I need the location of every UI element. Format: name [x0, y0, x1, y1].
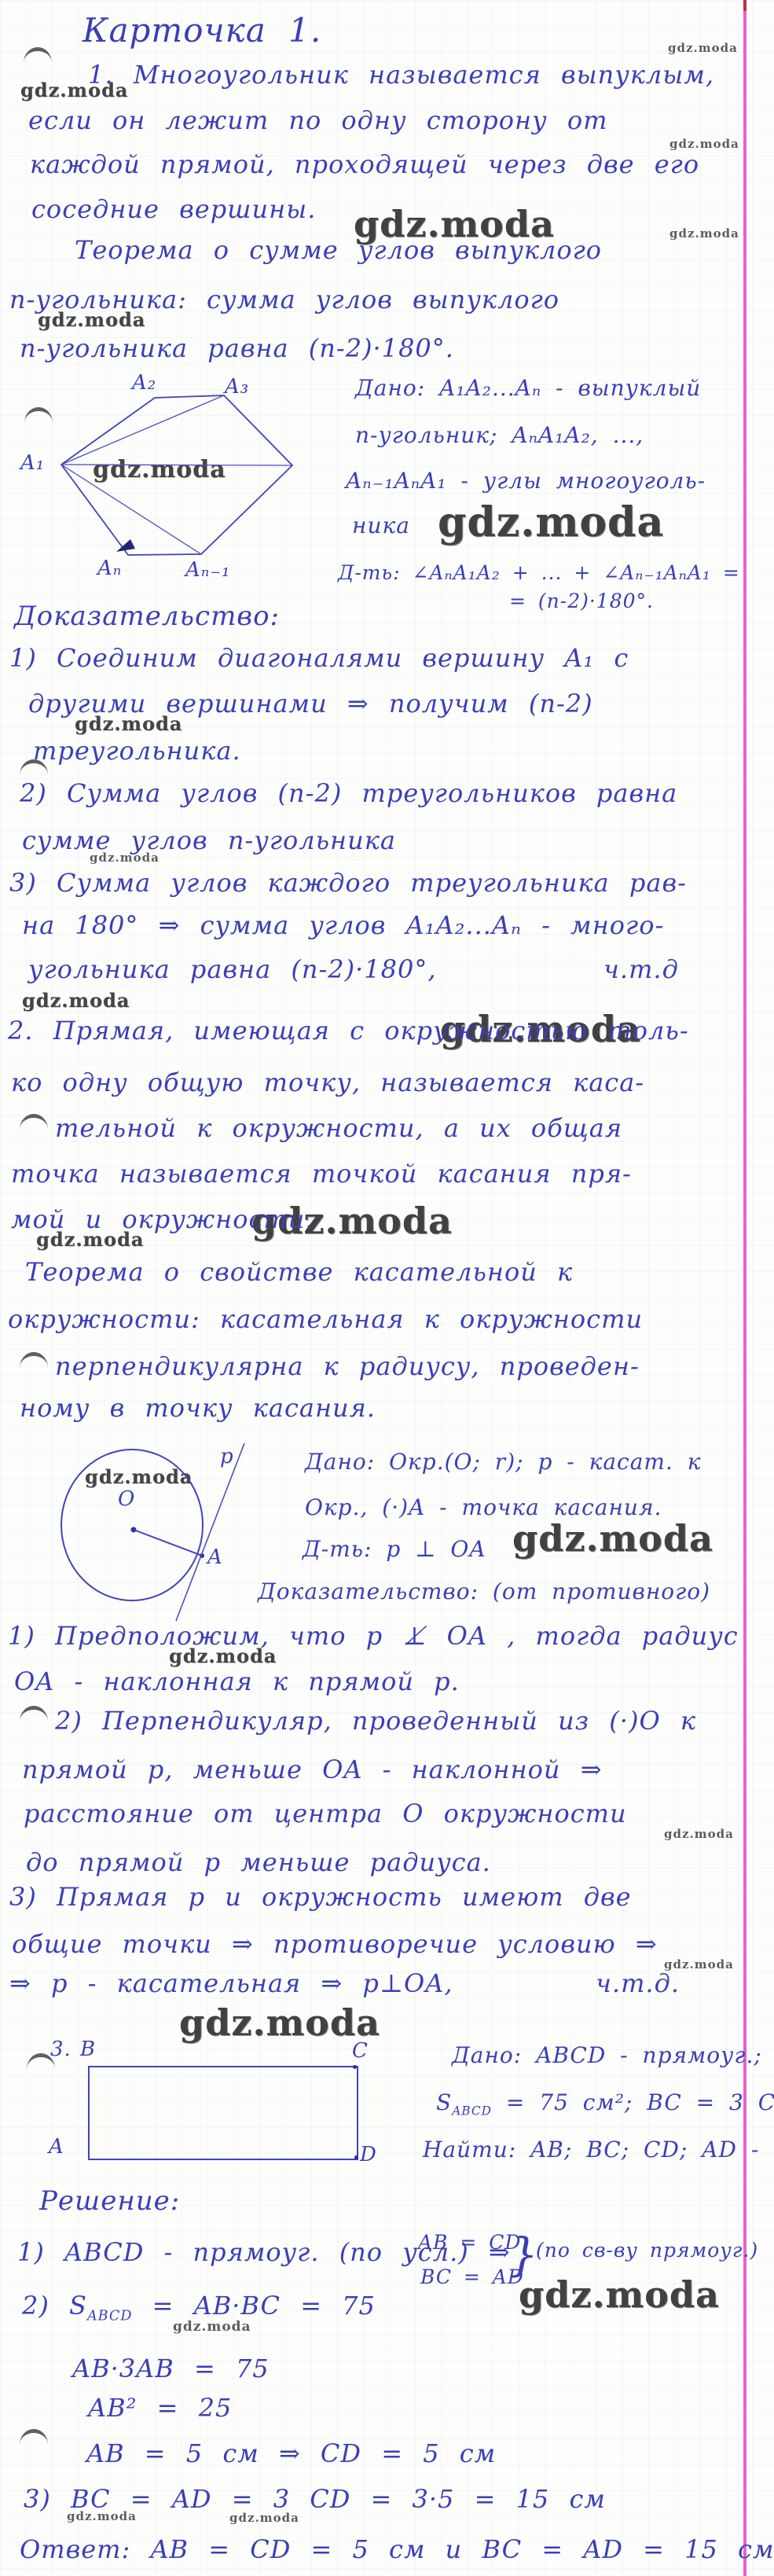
p1-proof-line: на 180° ⇒ сумма углов A₁A₂...Aₙ - много- — [22, 910, 664, 940]
p3-answer: Ответ: AB = CD = 5 см и BC = AD = 15 см — [20, 2534, 774, 2564]
p1-proof-line: 3) Сумма углов каждого треугольника рав- — [9, 868, 687, 898]
hexagon-diagonals — [61, 395, 292, 554]
arc-mark — [24, 47, 52, 63]
watermark: gdz.moda — [664, 1827, 734, 1841]
arc-mark — [20, 2429, 48, 2445]
p3-sol2c: AB² = 25 — [88, 2393, 232, 2423]
p2-step-line: прямой p, меньше OA - наклонной ⇒ — [22, 1755, 603, 1784]
rect-label-c: C — [352, 2039, 369, 2063]
p2-def-line: точка называется точкой касания пря- — [11, 1159, 632, 1189]
p1-theorem-line: n-угольника равна (n-2)·180°. — [20, 333, 454, 363]
p3-solution-title: Решение: — [39, 2185, 180, 2217]
s-subscript: ABCD — [87, 2308, 133, 2324]
hexagon-figure — [16, 362, 330, 590]
p3-sol1-brace: } — [509, 2228, 539, 2281]
p3-sol1-eq1: AB = CD — [418, 2231, 521, 2254]
p1-prove-line: = (n-2)·180°. — [509, 590, 654, 612]
p2-step-line: общие точки ⇒ противоречие условию ⇒ — [12, 1929, 658, 1959]
watermark: gdz.moda — [669, 226, 739, 241]
p1-proof-line: треугольника. — [33, 736, 241, 766]
margin-rule-top — [743, 0, 746, 11]
hexagon-label-an: Aₙ — [97, 557, 122, 580]
p3-given-line: SABCD = 75 см²; BC = 3 CD. — [436, 2089, 774, 2118]
p1-prove-line: Д-ть: ∠AₙA₁A₂ + ... + ∠Aₙ₋₁AₙA₁ = — [338, 561, 740, 584]
rectangle-figure — [88, 2066, 358, 2160]
watermark: gdz.moda — [519, 2273, 720, 2316]
p1-def-line: соседние вершины. — [31, 194, 316, 224]
p2-step-line: до прямой p меньше радиуса. — [26, 1847, 491, 1877]
notebook-page: gdz.moda gdz.moda gdz.moda gdz.moda gdz.… — [0, 0, 774, 2576]
circle-label-a: A — [207, 1545, 223, 1569]
p2-def-line: ко одну общую точку, называется каса- — [11, 1068, 644, 1097]
rect-label-b: B — [80, 2038, 96, 2061]
p1-given-line: n-угольник; AₙA₁A₂, ..., — [355, 422, 644, 448]
p1-def-line: если он лежит по одну сторону от — [28, 105, 607, 135]
tangent-line — [176, 1443, 244, 1621]
p3-sol3: 3) BC = AD = 3 CD = 3·5 = 15 см — [24, 2484, 606, 2514]
watermark: gdz.moda — [438, 498, 664, 546]
p2-def-line: 2. Прямая, имеющая с окружностью толь- — [8, 1016, 689, 1045]
p2-step-line: OA - наклонная к прямой p. — [14, 1666, 460, 1696]
arc-mark — [20, 1706, 48, 1722]
watermark: gdz.moda — [22, 989, 130, 1012]
given-rest: = 75 см²; BC = 3 CD. — [492, 2089, 774, 2115]
hexagon-label-an1: Aₙ₋₁ — [185, 558, 230, 582]
p2-proof-title: Доказательство: (от противного) — [258, 1578, 710, 1604]
arc-mark — [20, 1352, 48, 1368]
circle-outline — [61, 1450, 203, 1600]
p2-given-line: Окр., (·)A - точка касания. — [305, 1494, 662, 1520]
p2-theorem-line: Теорема о свойстве касательной к — [25, 1257, 573, 1287]
arc-mark — [20, 1114, 48, 1130]
p2-step-line: 3) Прямая p и окружность имеют две — [9, 1882, 632, 1912]
p3-find-line: Найти: AB; BC; CD; AD - ? — [423, 2137, 774, 2163]
p2-theorem-line: перпендикулярна к радиусу, проведен- — [55, 1351, 640, 1381]
hexagon-outline — [61, 395, 292, 555]
p1-qed: ч.т.д — [603, 954, 679, 984]
p2-given-line: Дано: Окр.(O; r); p - касат. к — [305, 1449, 702, 1475]
ink-blob — [116, 539, 135, 552]
p1-def-line: 1. Многоугольник называется выпуклым, — [88, 60, 714, 90]
p2-theorem-line: окружности: касательная к окружности — [8, 1304, 643, 1334]
hexagon-label-a3: A₃ — [225, 375, 249, 399]
p2-step-line: ⇒ p - касательная ⇒ p⊥OA, — [9, 1968, 453, 1998]
p1-given-line: ника — [352, 513, 410, 538]
p3-sol1-note: (по св-ву прямоуг.) — [536, 2239, 758, 2262]
rect-label-a: A — [49, 2135, 64, 2159]
watermark: gdz.moda — [668, 41, 738, 55]
rect-label-d: D — [360, 2143, 377, 2166]
corner-dot-c — [353, 2065, 357, 2069]
p2-theorem-line: ному в точку касания. — [20, 1393, 376, 1423]
page-title: Карточка 1. — [83, 11, 321, 50]
radius-line — [134, 1530, 202, 1556]
p3-given-line: Дано: ABCD - прямоуг.; — [452, 2042, 762, 2068]
hexagon-label-a2: A₂ — [132, 371, 156, 395]
p2-def-line: мой и окружности. — [11, 1204, 314, 1234]
p3-number: 3. — [50, 2038, 72, 2061]
p2-qed: ч.т.д. — [596, 1968, 680, 1998]
circle-label-o: O — [118, 1487, 135, 1511]
circle-label-p: p — [220, 1445, 234, 1468]
p1-given-line: Дано: A₁A₂...Aₙ - выпуклый — [355, 375, 701, 401]
p1-proof-title: Доказательство: — [14, 601, 280, 632]
s-symbol: S — [69, 2291, 87, 2321]
hexagon-label-a1: A₁ — [20, 451, 45, 475]
p1-theorem-line: n-угольника: сумма углов выпуклого — [9, 285, 559, 314]
p1-proof-line: другими вершинами ⇒ получим (n-2) — [28, 689, 593, 718]
p1-def-line: каждой прямой, проходящей через две его — [30, 149, 699, 179]
p3-sol2-line: 2) SABCD = AB·BC = 75 — [22, 2291, 376, 2324]
watermark: gdz.moda — [512, 1517, 713, 1560]
p2-step-line: 1) Предположим, что p ⊥̸ OA , тогда ради… — [8, 1621, 739, 1651]
p1-proof-line: 2) Сумма углов (n-2) треугольников равна — [20, 778, 677, 808]
p1-given-line: Aₙ₋₁AₙA₁ - углы многоуголь- — [346, 468, 706, 494]
step-number: 2) — [22, 2291, 69, 2321]
p2-step-line: расстояние от центра O окружности — [24, 1799, 627, 1828]
s-symbol: S — [436, 2089, 452, 2115]
p1-theorem-line: Теорема о сумме углов выпуклого — [75, 235, 602, 265]
p3-sol2b: AB·3AB = 75 — [72, 2354, 270, 2383]
p3-sol2d: AB = 5 см ⇒ CD = 5 см — [86, 2438, 496, 2468]
equation-rest: = AB·BC = 75 — [132, 2291, 375, 2321]
p1-proof-line: сумме углов n-угольника — [22, 825, 396, 855]
watermark: gdz.moda — [179, 2001, 380, 2044]
p1-proof-line: 1) Соединим диагоналями вершину A₁ с — [9, 643, 629, 673]
corner-dot-d — [354, 2155, 358, 2159]
margin-rule — [743, 0, 746, 2576]
s-subscript: ABCD — [452, 2104, 492, 2118]
p2-step-line: 2) Перпендикуляр, проведенный из (·)O к — [55, 1706, 696, 1736]
p2-def-line: тельной к окружности, а их общая — [55, 1113, 622, 1143]
p2-prove-line: Д-ть: p ⊥ OA — [303, 1536, 486, 1562]
p1-proof-line: угольника равна (n-2)·180°, — [28, 954, 437, 984]
